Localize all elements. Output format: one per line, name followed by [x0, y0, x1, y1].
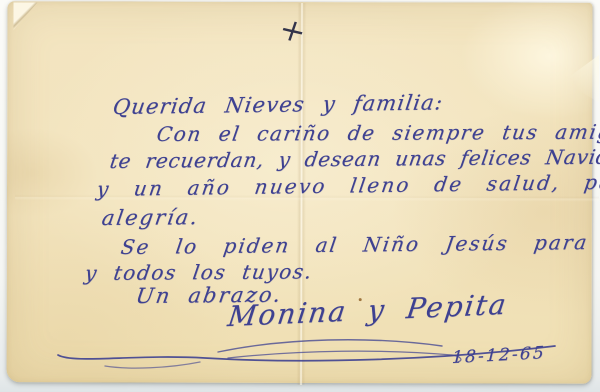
folded-corner-top-right	[563, 55, 599, 103]
folded-corner-top-left	[13, 2, 37, 30]
letter-line: Se lo piden al Niño Jesús para ti	[119, 230, 600, 259]
letter-line: Con el cariño de siempre tus amigas	[155, 119, 600, 146]
letter-line: te recuerdan, y desean unas felices Navi…	[108, 144, 600, 173]
letter-line: alegría.	[100, 205, 201, 230]
scanned-letter-photo: + Querida Nieves y familia: Con el cariñ…	[0, 0, 600, 392]
letter-line: y todos los tuyos.	[83, 259, 315, 285]
letter-line-greeting: Querida Nieves y familia:	[111, 90, 445, 119]
